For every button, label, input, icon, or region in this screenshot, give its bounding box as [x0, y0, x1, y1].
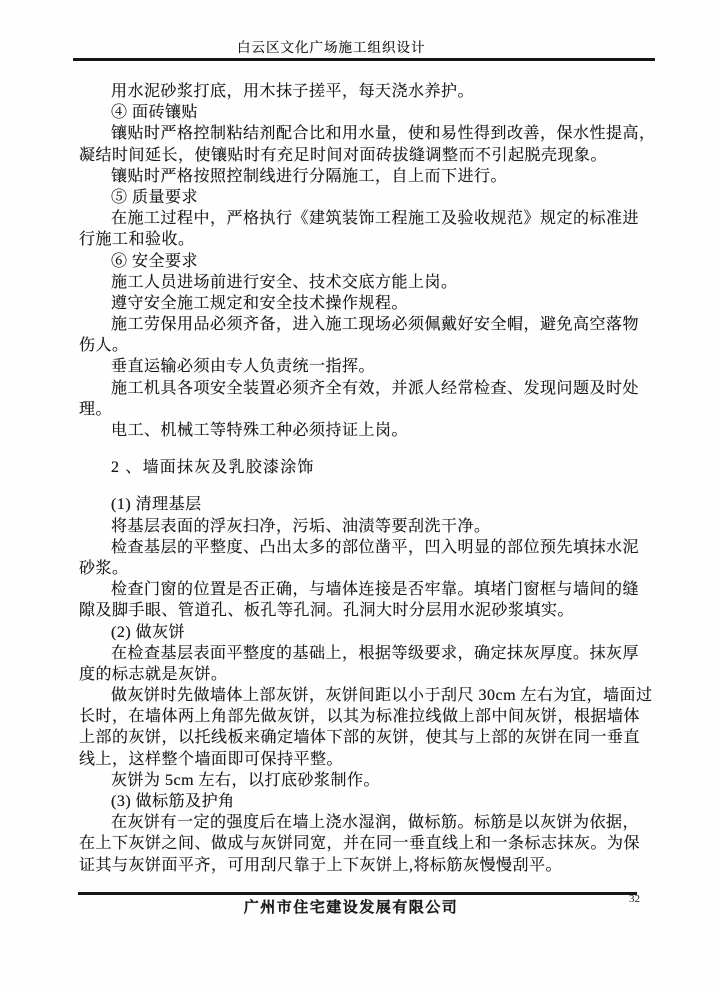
- text-line: (2) 做灰饼: [79, 622, 659, 643]
- text-line: ⑤ 质量要求: [79, 187, 659, 208]
- text-line: ④ 面砖镶贴: [79, 102, 659, 123]
- text-line: 检查基层的平整度、凸出太多的部位凿平，凹入明显的部位预先填抹水泥: [79, 537, 659, 558]
- footer-rule: [78, 892, 637, 895]
- text-line: 在检查基层表面平整度的基础上，根据等级要求，确定抹灰厚度。抹灰厚: [79, 643, 659, 664]
- text-line: 度的标志就是灰饼。: [79, 664, 659, 685]
- text-line: 镶贴时严格控制粘结剂配合比和用水量，使和易性得到改善，保水性提高，: [79, 123, 659, 144]
- text-line: 电工、机械工等特殊工种必须持证上岗。: [79, 420, 659, 441]
- text-line: 用水泥砂浆打底，用木抹子搓平，每天浇水养护。: [79, 81, 659, 102]
- section-heading: 2 、墙面抹灰及乳胶漆涂饰: [79, 457, 659, 478]
- text-line: ⑥ 安全要求: [79, 251, 659, 272]
- document-page: 白云区文化广场施工组织设计 用水泥砂浆打底，用木抹子搓平，每天浇水养护。④ 面砖…: [0, 0, 718, 988]
- text-line: 上部的灰饼，以托线板来确定墙体下部的灰饼，使其与上部的灰饼在同一垂直: [79, 727, 659, 748]
- page-header-title: 白云区文化广场施工组织设计: [237, 36, 426, 56]
- text-line: 遵守安全施工规定和安全技术操作规程。: [79, 293, 659, 314]
- text-line: 施工机具各项安全装置必须齐全有效，并派人经常检查、发现问题及时处: [79, 378, 659, 399]
- text-line: 长时，在墙体两上角部先做灰饼，以其为标准拉线做上部中间灰饼，根据墙体: [79, 706, 659, 727]
- text-line: 将基层表面的浮灰扫净，污垢、油渍等要刮洗干净。: [79, 516, 659, 537]
- text-line: 在施工过程中，严格执行《建筑装饰工程施工及验收规范》规定的标准进: [79, 208, 659, 229]
- page-number: 32: [629, 893, 640, 905]
- text-line: 做灰饼时先做墙体上部灰饼，灰饼间距以小于刮尺 30cm 左右为宜，墙面过: [79, 685, 659, 706]
- text-line: 证其与灰饼面平齐，可用刮尺靠于上下灰饼上,将标筋灰慢慢刮平。: [79, 855, 659, 876]
- document-body: 用水泥砂浆打底，用木抹子搓平，每天浇水养护。④ 面砖镶贴镶贴时严格控制粘结剂配合…: [79, 81, 659, 876]
- text-line: 理。: [79, 399, 659, 420]
- text-line: 砂浆。: [79, 558, 659, 579]
- text-line: 凝结时间延长，使镶贴时有充足时间对面砖拔缝调整而不引起脱壳现象。: [79, 145, 659, 166]
- text-line: 在上下灰饼之间、做成与灰饼同宽，并在同一垂直线上和一条标志抹灰。为保: [79, 833, 659, 854]
- header-rule: [73, 58, 655, 61]
- footer-company-name: 广州市住宅建设发展有限公司: [0, 896, 702, 917]
- text-line: (1) 清理基层: [79, 494, 659, 515]
- text-line: 行施工和验收。: [79, 229, 659, 250]
- text-line: 隙及脚手眼、管道孔、板孔等孔洞。孔洞大时分层用水泥砂浆填实。: [79, 600, 659, 621]
- text-line: (3) 做标筋及护角: [79, 791, 659, 812]
- text-line: 在灰饼有一定的强度后在墙上浇水湿润，做标筋。标筋是以灰饼为依据，: [79, 812, 659, 833]
- text-line: 检查门窗的位置是否正确，与墙体连接是否牢靠。填堵门窗框与墙间的缝: [79, 579, 659, 600]
- text-line: 施工劳保用品必须齐备，进入施工现场必须佩戴好安全帽，避免高空落物: [79, 314, 659, 335]
- text-line: 伤人。: [79, 335, 659, 356]
- text-line: 线上，这样整个墙面即可保持平整。: [79, 749, 659, 770]
- text-line: 施工人员进场前进行安全、技术交底方能上岗。: [79, 272, 659, 293]
- text-line: 镶贴时严格按照控制线进行分隔施工，自上而下进行。: [79, 166, 659, 187]
- text-line: 垂直运输必须由专人负责统一指挥。: [79, 356, 659, 377]
- text-line: 灰饼为 5cm 左右，以打底砂浆制作。: [79, 770, 659, 791]
